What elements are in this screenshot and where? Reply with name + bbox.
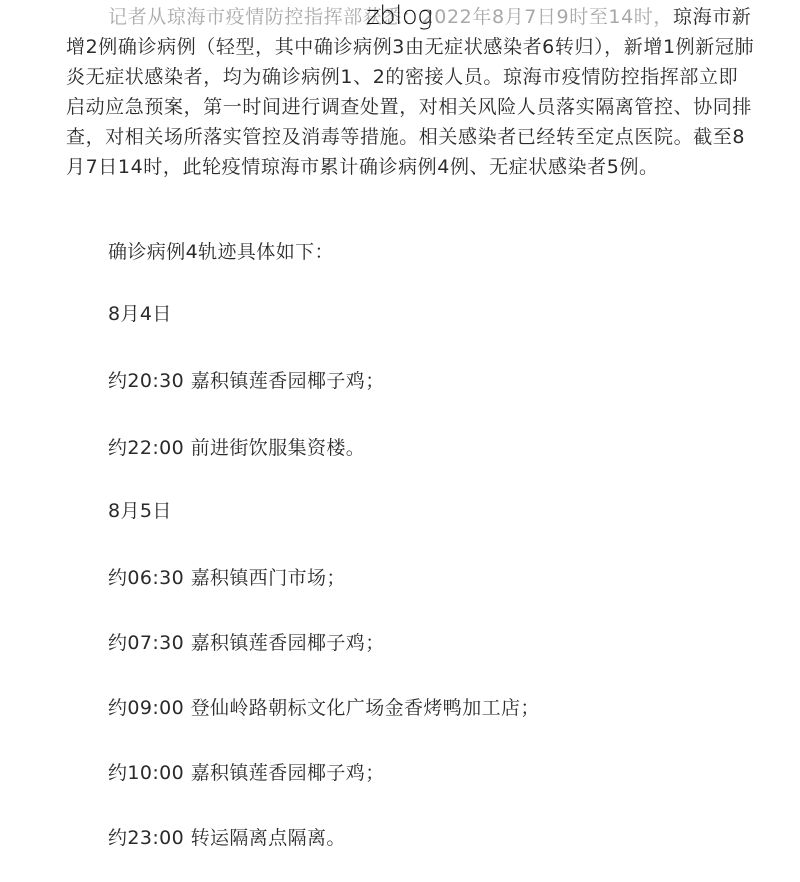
trajectory-heading: 确诊病例4轨迹具体如下：: [108, 240, 334, 264]
lead-body-text: 琼海市新增2例确诊病例（轻型，其中确诊病例3由无症状感染者6转归），新增1例新冠…: [66, 6, 754, 178]
watermark-text: zblog: [366, 1, 432, 31]
trajectory-entry: 约23:00 转运隔离点隔离。: [108, 826, 346, 850]
day-heading-aug5: 8月5日: [108, 499, 172, 523]
trajectory-entry: 约20:30 嘉积镇莲香园椰子鸡；: [108, 369, 385, 393]
trajectory-entry: 约07:30 嘉积镇莲香园椰子鸡；: [108, 631, 385, 655]
trajectory-entry: 约22:00 前进街饮服集资楼。: [108, 436, 365, 460]
day-heading-aug4: 8月4日: [108, 302, 172, 326]
trajectory-entry: 约06:30 嘉积镇西门市场；: [108, 566, 346, 590]
trajectory-entry: 约09:00 登仙岭路朝标文化广场金香烤鸭加工店；: [108, 696, 540, 720]
trajectory-entry: 约10:00 嘉积镇莲香园椰子鸡；: [108, 761, 385, 785]
